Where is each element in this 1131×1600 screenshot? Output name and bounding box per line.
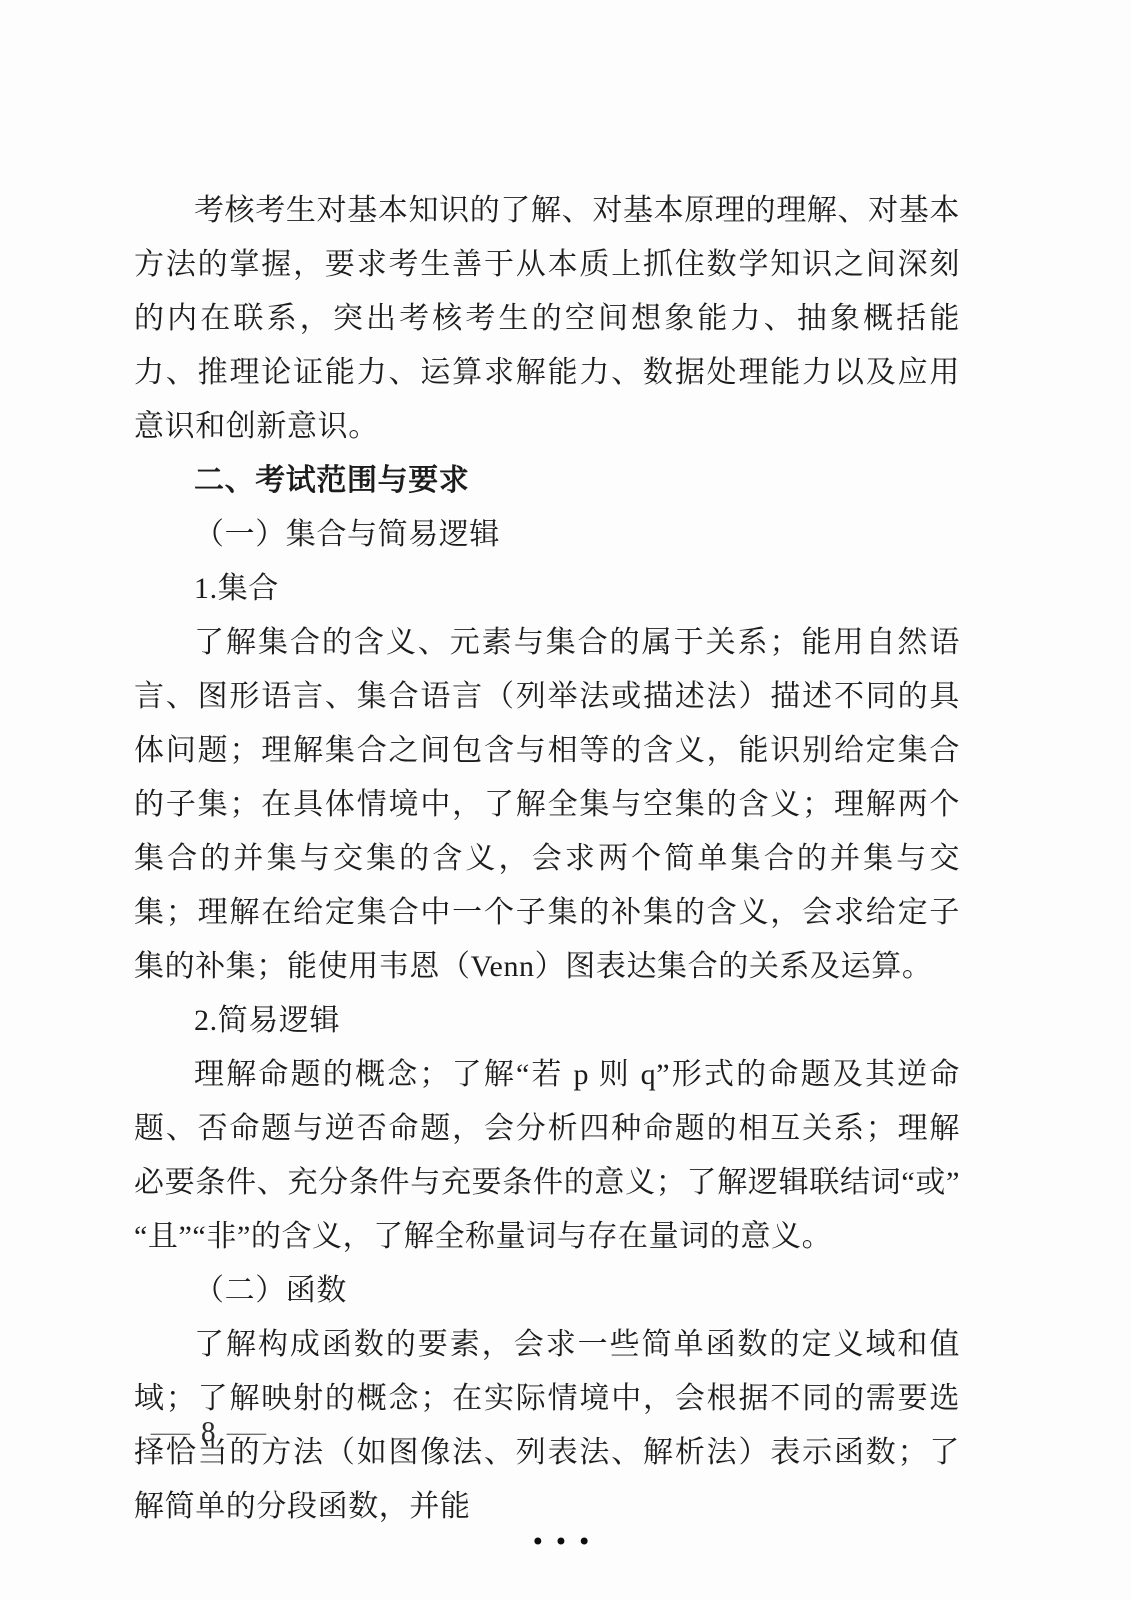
item-heading-simple-logic: 2.简易逻辑 — [134, 994, 960, 1048]
page-number-dash-left: — — [151, 1412, 190, 1452]
paragraph-logic-requirements: 理解命题的概念；了解“若 p 则 q”形式的命题及其逆命题、否命题与逆否命题，会… — [134, 1048, 960, 1264]
subsection-heading-functions: （二）函数 — [134, 1264, 960, 1318]
paragraph-sets-requirements: 了解集合的含义、元素与集合的属于关系；能用自然语言、图形语言、集合语言（列举法或… — [134, 616, 960, 994]
page-number: — 8 — — [156, 1412, 261, 1452]
page-number-dash-right: — — [226, 1412, 265, 1452]
page-number-value: 8 — [201, 1412, 216, 1452]
document-body: 考核考生对基本知识的了解、对基本原理的理解、对基本方法的掌握，要求考生善于从本质… — [134, 184, 960, 1534]
paragraph-exam-abilities: 考核考生对基本知识的了解、对基本原理的理解、对基本方法的掌握，要求考生善于从本质… — [134, 184, 960, 454]
subsection-heading-sets-and-logic: （一）集合与简易逻辑 — [134, 508, 960, 562]
pagination-dots: ••• — [0, 1528, 1131, 1556]
scanned-document-page: 考核考生对基本知识的了解、对基本原理的理解、对基本方法的掌握，要求考生善于从本质… — [0, 0, 1131, 1600]
item-heading-sets: 1.集合 — [134, 562, 960, 616]
section-heading-exam-scope: 二、考试范围与要求 — [134, 454, 960, 508]
